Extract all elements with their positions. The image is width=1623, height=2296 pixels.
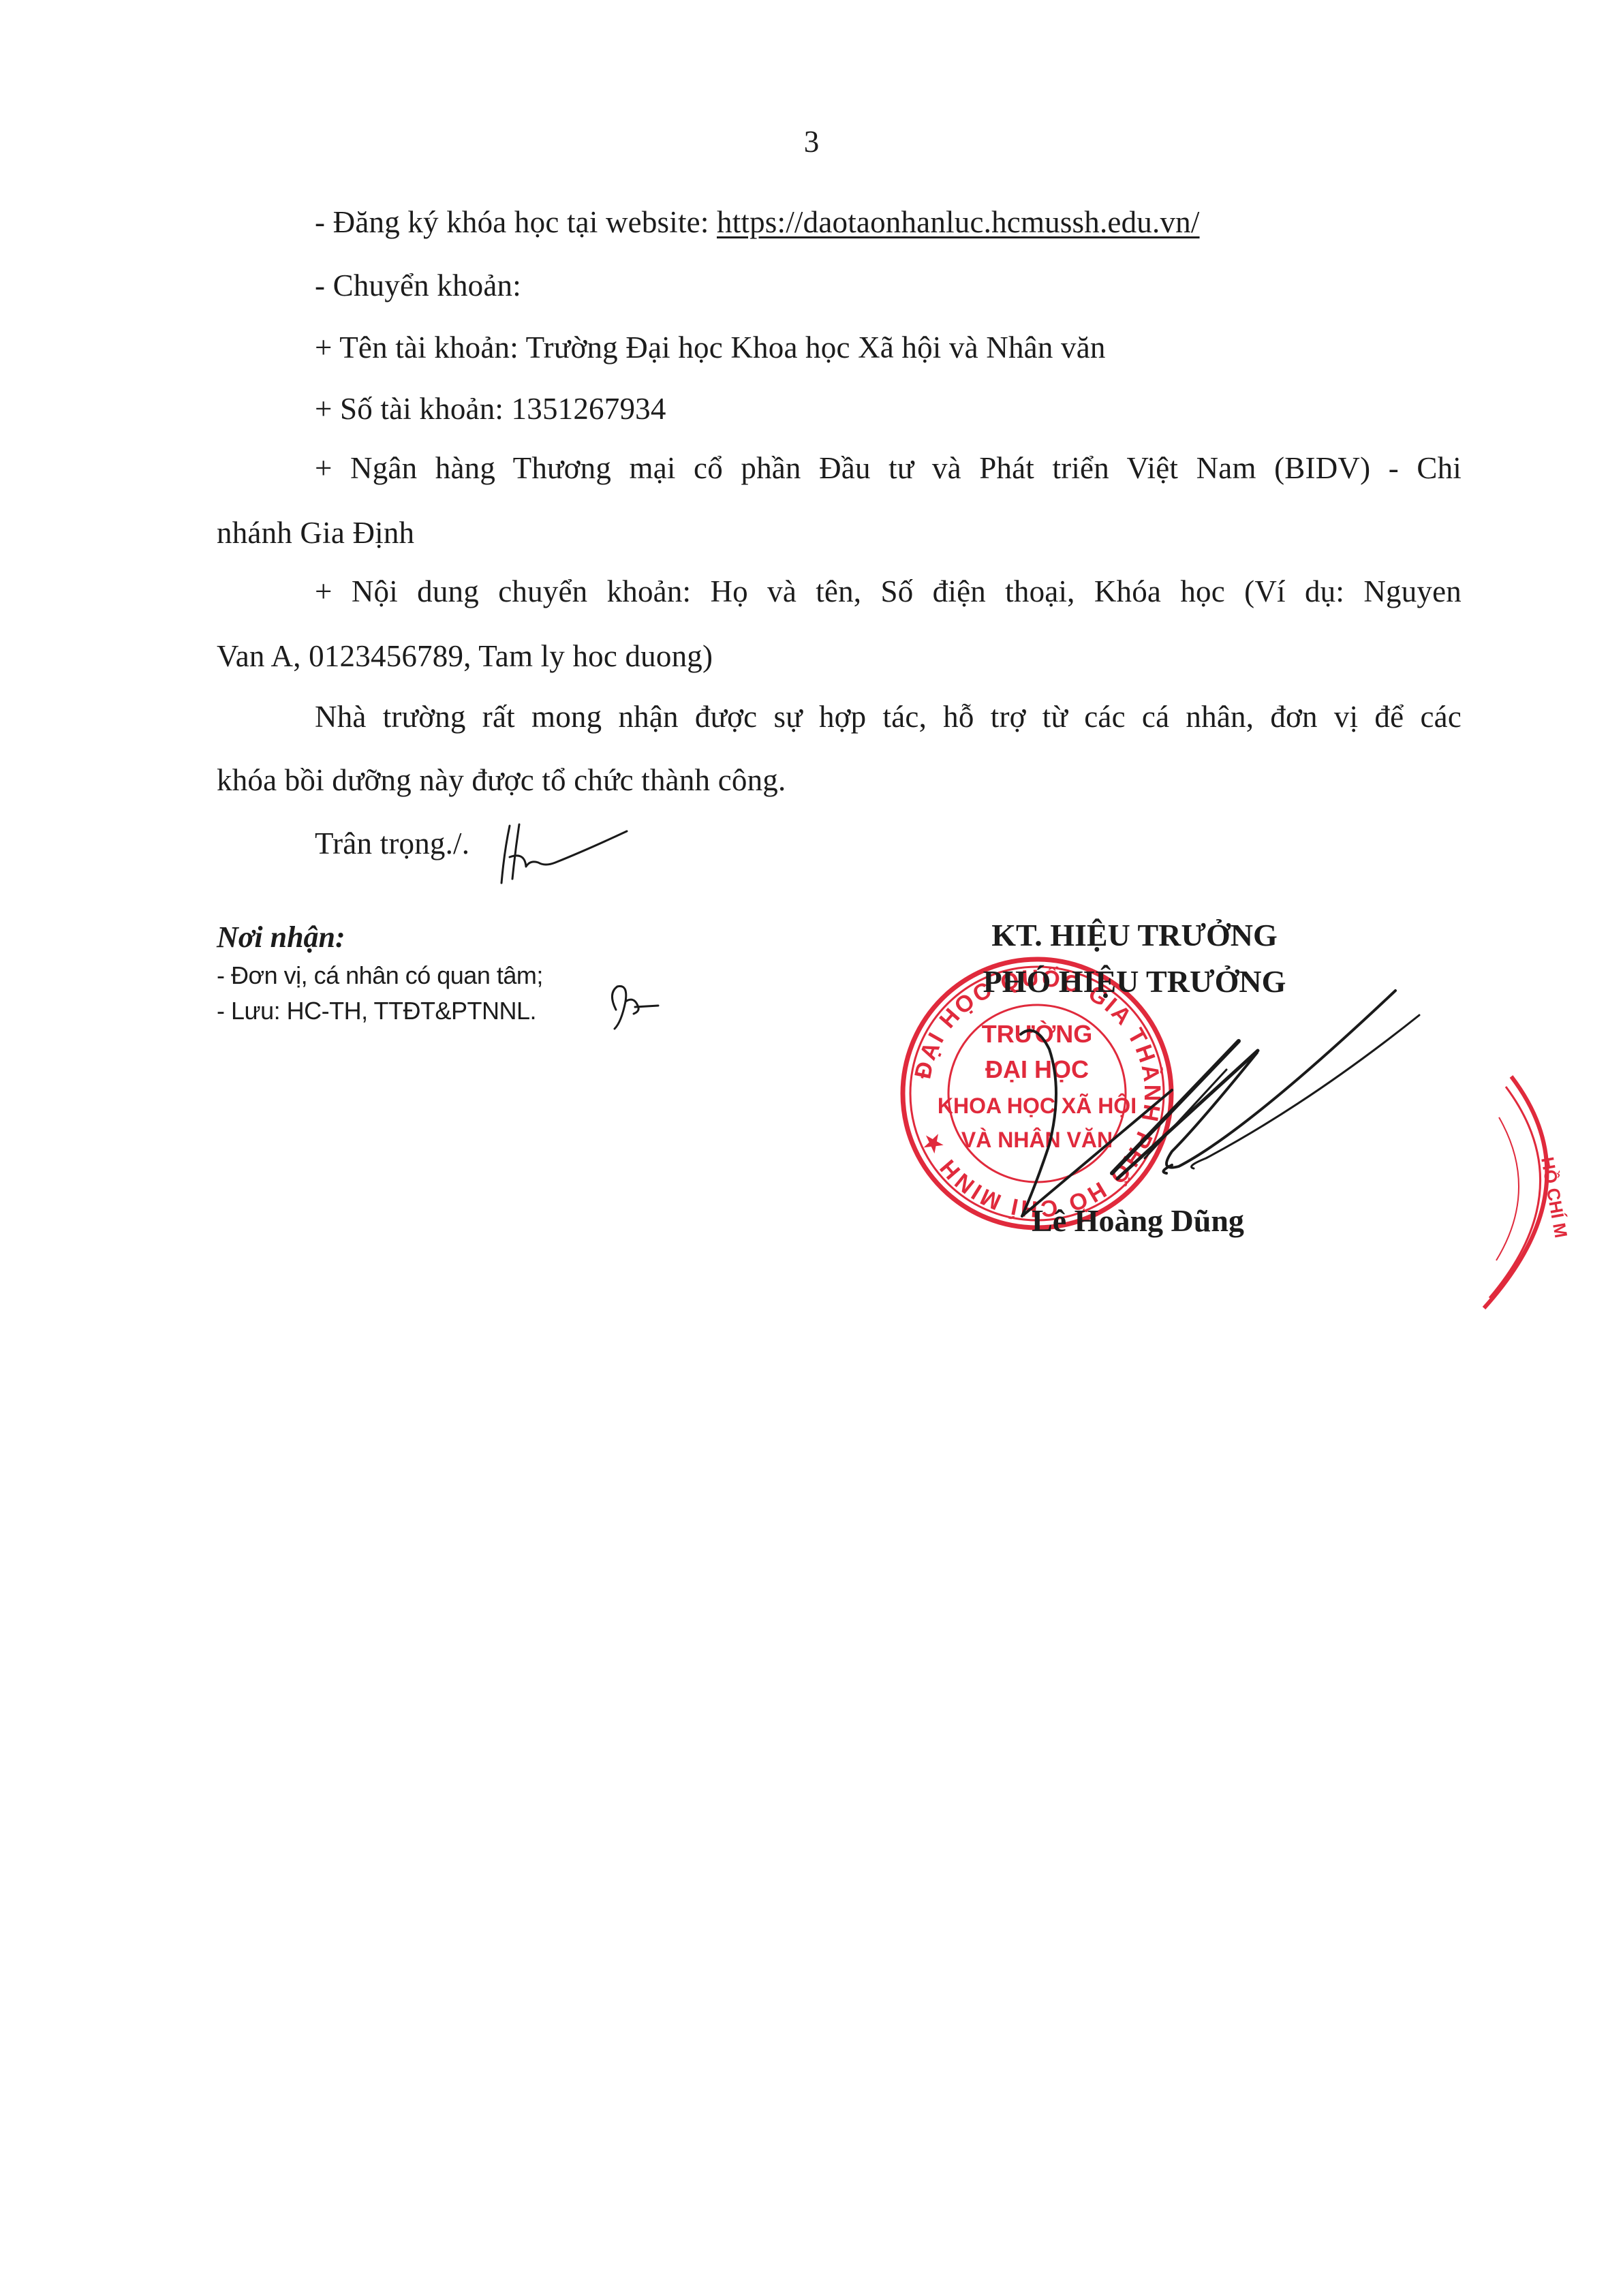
page-number: 3	[0, 124, 1623, 159]
initial-mark-icon	[612, 986, 658, 1029]
register-url-link[interactable]: https://daotaonhanluc.hcmussh.edu.vn/	[717, 205, 1200, 239]
svg-text:TRƯỜNG: TRƯỜNG	[982, 1019, 1093, 1048]
svg-text:HỒ CHÍ M: HỒ CHÍ M	[1537, 1155, 1571, 1239]
recipient-item: - Đơn vị, cá nhân có quan tâm;	[217, 961, 543, 991]
recipient-item: - Lưu: HC-TH, TTĐT&PTNNL.	[217, 996, 536, 1026]
signature-title-1: KT. HIỆU TRƯỞNG	[906, 917, 1363, 953]
initial-mark-icon	[501, 824, 627, 883]
transfer-content-line-2: Van A, 0123456789, Tam ly hoc duong)	[217, 637, 713, 675]
partial-seal-icon: HỒ CHÍ M	[1484, 1076, 1571, 1308]
bank-line-1: + Ngân hàng Thương mại cổ phần Đầu tư và…	[315, 449, 1462, 487]
svg-text:VÀ NHÂN VĂN: VÀ NHÂN VĂN	[961, 1128, 1113, 1152]
closing-line-1: Nhà trường rất mong nhận được sự hợp tác…	[315, 698, 1462, 736]
register-line: - Đăng ký khóa học tại website: https://…	[315, 203, 1200, 241]
regards: Trân trọng./.	[315, 824, 469, 863]
closing-line-2: khóa bồi dưỡng này được tổ chức thành cô…	[217, 761, 786, 799]
svg-text:ĐẠI HỌC QUỐC GIA THÀNH PHỐ HỒ: ĐẠI HỌC QUỐC GIA THÀNH PHỐ HỒ CHÍ MINH ★	[910, 965, 1165, 1222]
signature-title-2: PHÓ HIỆU TRƯỞNG	[906, 963, 1363, 999]
transfer-label: - Chuyển khoản:	[315, 266, 521, 305]
account-name: + Tên tài khoản: Trường Đại học Khoa học…	[315, 328, 1106, 367]
svg-text:ĐẠI HỌC: ĐẠI HỌC	[985, 1055, 1089, 1083]
handwritten-signature-icon	[1021, 991, 1419, 1216]
bank-line-2: nhánh Gia Định	[217, 514, 414, 552]
account-number: + Số tài khoản: 1351267934	[315, 390, 666, 428]
svg-text:KHOA HỌC XÃ HỘI: KHOA HỌC XÃ HỘI	[938, 1093, 1137, 1118]
transfer-content-line-1: + Nội dung chuyển khoản: Họ và tên, Số đ…	[315, 572, 1462, 610]
signer-name: Lê Hoàng Dũng	[906, 1203, 1370, 1239]
university-seal-icon: ĐẠI HỌC QUỐC GIA THÀNH PHỐ HỒ CHÍ MINH ★…	[903, 959, 1171, 1228]
register-label: - Đăng ký khóa học tại website:	[315, 205, 717, 239]
document-page: 3 - Đăng ký khóa học tại website: https:…	[0, 0, 1623, 2296]
recipients-title: Nơi nhận:	[217, 920, 345, 955]
